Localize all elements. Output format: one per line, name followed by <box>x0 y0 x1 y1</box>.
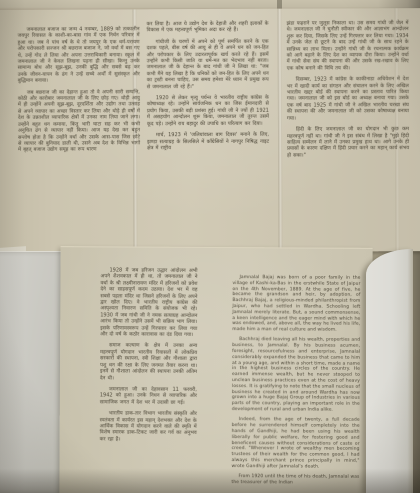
english-column: Jamnalal Bajaj was born of a poor family… <box>231 275 360 491</box>
hindi-paragraph: झंडा फहराने पर जुलूस निकाला था। उस समय ग… <box>287 20 409 72</box>
hindi-paragraph: भारतीय डाक-तार विभाग भारतीय संस्कृति और … <box>100 411 197 444</box>
hindi-paragraph: समाज कल्याण के क्षेत्र में उनका अन्य महत… <box>100 343 197 382</box>
english-paragraph: Bachhraj died leaving all his wealth, pr… <box>232 338 360 414</box>
top-sheet: जमनालाल बजाज का जन्म 4 नवम्बर, 1889 को त… <box>0 8 420 253</box>
photo-of-brochure: जमनालाल बजाज का जन्म 4 नवम्बर, 1889 को त… <box>0 0 420 493</box>
hindi-paragraph: दिसम्बर, 1923 में कांग्रेस के काकीनाडा अ… <box>287 76 409 121</box>
english-paragraph: Jamnalal Bajaj was born of a poor family… <box>232 275 360 334</box>
hindi-column-2: कर लिया है। आज ये उद्योग देश के देहाती औ… <box>147 21 270 157</box>
hindi-paragraph: कर लिया है। आज ये उद्योग देश के देहाती औ… <box>147 21 269 34</box>
bottom-sheet: 1928 में जब हरिजन उद्धार आंदोलन अभी अपने… <box>59 246 372 493</box>
hindi-paragraph: जमनालाल बजाज का जन्म 4 नवम्बर, 1889 को त… <box>18 26 140 84</box>
english-paragraph: From 1920 until the time of his death, J… <box>231 474 359 486</box>
hindi-paragraph: जमनालाल जी का देहावसान 11 फरवरी, 1942 को… <box>100 386 197 406</box>
hindi-paragraph: जब बछराज जी का देहान्त हुआ तो वे अपनी सा… <box>18 89 140 154</box>
hindi-paragraph: मार्च, 1923 में 'जलियांवाला बाग दिवस' मन… <box>147 132 269 152</box>
curled-page-right <box>366 249 413 493</box>
english-paragraph: Indeed, from the age of twenty, a full d… <box>231 417 359 470</box>
hindi-paragraph: 1928 में जब हरिजन उद्धार आंदोलन अभी अपने… <box>100 267 197 338</box>
hindi-paragraph: गांधीजी के चरणों में अपने को पूर्ण समर्प… <box>147 39 269 91</box>
hindi-column-bottom: 1928 में जब हरिजन उद्धार आंदोलन अभी अपने… <box>100 267 198 448</box>
fold-crease <box>277 9 282 252</box>
hindi-paragraph: हिंदी के लिए जमनालाल जी का योगदान भी कुछ… <box>287 126 409 159</box>
hindi-paragraph: 1920 से लेकर मृत्यु पर्यन्त वे भारतीय रा… <box>147 95 269 128</box>
hindi-column-3: झंडा फहराने पर जुलूस निकाला था। उस समय ग… <box>287 20 410 164</box>
hindi-column-1: जमनालाल बजाज का जन्म 4 नवम्बर, 1889 को त… <box>18 26 141 158</box>
